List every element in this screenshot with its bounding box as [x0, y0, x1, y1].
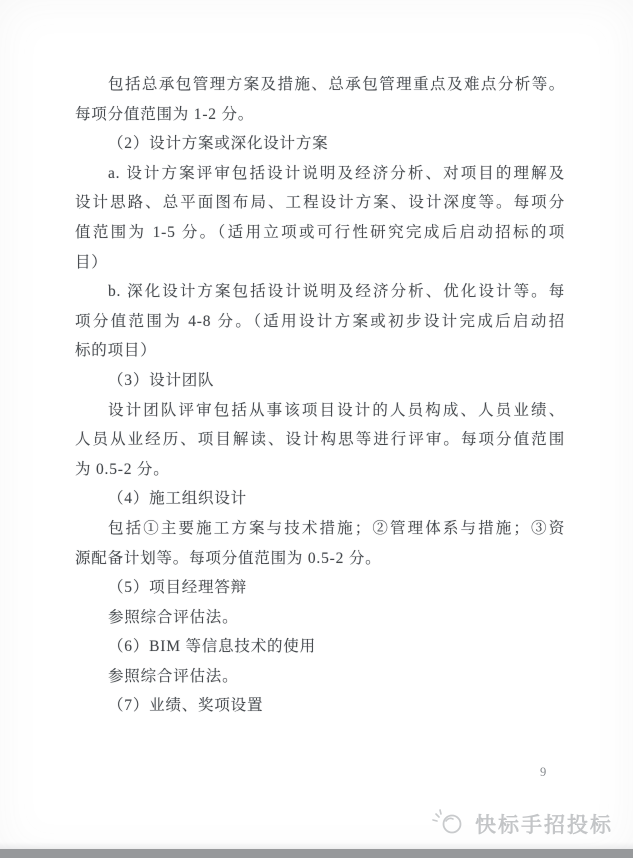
watermark-text: 快标手招投标 — [475, 809, 613, 839]
text-line: （7）业绩、奖项设置 — [75, 691, 565, 721]
scan-shadow — [0, 842, 633, 849]
text-line: （6）BIM 等信息技术的使用 — [75, 632, 565, 662]
text-line: （4）施工组织设计 — [75, 484, 565, 514]
text-line: 每项分值范围为 1-2 分。 — [75, 100, 565, 130]
footer-bar — [0, 849, 633, 858]
text-line: 包括总承包管理方案及措施、总承包管理重点及难点分析等。 — [75, 70, 565, 100]
text-line: 目） — [75, 248, 565, 278]
text-line: 源配备计划等。每项分值范围为 0.5-2 分。 — [75, 544, 565, 574]
text-line: a. 设计方案评审包括设计说明及经济分析、对项目的理解及 — [75, 159, 565, 189]
text-line: （2）设计方案或深化设计方案 — [75, 129, 565, 159]
text-line: 参照综合评估法。 — [75, 662, 565, 692]
text-line: 设计团队评审包括从事该项目设计的人员构成、人员业绩、 — [75, 396, 565, 426]
document-body-text: 包括总承包管理方案及措施、总承包管理重点及难点分析等。每项分值范围为 1-2 分… — [75, 70, 565, 721]
page-number: 9 — [540, 765, 547, 780]
watermark: 快标手招投标 — [429, 805, 613, 842]
text-line: 设计思路、总平面图布局、工程设计方案、设计深度等。每项分 — [75, 188, 565, 218]
text-line: b. 深化设计方案包括设计说明及经济分析、优化设计等。每 — [75, 277, 565, 307]
text-line: 项分值范围为 4-8 分。（适用设计方案或初步设计完成后启动招 — [75, 307, 565, 337]
hand-logo-icon — [429, 805, 469, 842]
text-line: 标的项目） — [75, 336, 565, 366]
text-line: 值范围为 1-5 分。（适用立项或可行性研究完成后启动招标的项 — [75, 218, 565, 248]
text-line: 人员从业经历、项目解读、设计构思等进行评审。每项分值范围 — [75, 425, 565, 455]
text-line: 为 0.5-2 分。 — [75, 455, 565, 485]
text-line: 参照综合评估法。 — [75, 603, 565, 633]
scanned-document-page: 包括总承包管理方案及措施、总承包管理重点及难点分析等。每项分值范围为 1-2 分… — [0, 0, 633, 858]
text-line: 包括①主要施工方案与技术措施；②管理体系与措施；③资 — [75, 514, 565, 544]
text-line: （3）设计团队 — [75, 366, 565, 396]
text-line: （5）项目经理答辩 — [75, 573, 565, 603]
